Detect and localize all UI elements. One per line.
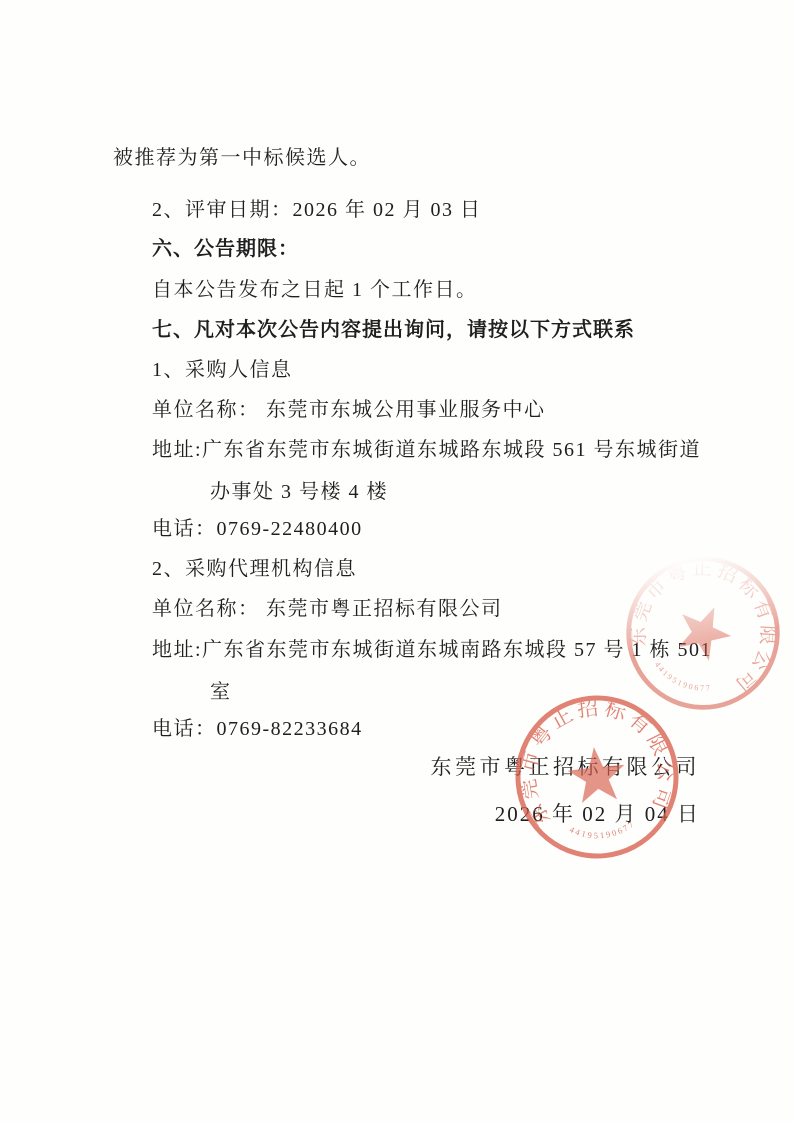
review-date-line: 2、评审日期：2026 年 02 月 03 日 [152,198,482,222]
signature-company-name: 东莞市粤正招标有限公司 [431,751,701,781]
svg-text:东莞市粤正招标有限公司: 东莞市粤正招标有限公司 [616,533,794,703]
section-heading-contact: 七、凡对本次公告内容提出询问，请按以下方式联系 [152,318,635,342]
purchaser-name-line: 单位名称： 东莞市东城公用事业服务中心 [152,398,546,422]
purchaser-address-continued: 办事处 3 号楼 4 楼 [210,480,388,504]
agency-address-continued: 室 [210,680,232,704]
purchaser-info-heading: 1、采购人信息 [152,358,293,382]
document-page: 被推荐为第一中标候选人。 2、评审日期：2026 年 02 月 03 日 六、公… [0,0,794,1123]
purchaser-phone-line: 电话：0769-22480400 [152,517,363,541]
announcement-period-line: 自本公告发布之日起 1 个工作日。 [152,278,478,302]
signature-block: 东莞市粤正招标有限公司 2026 年 02 月 04 日 [431,751,701,828]
paragraph-line: 被推荐为第一中标候选人。 [113,146,371,170]
purchaser-address-line: 地址:广东省东莞市东城街道东城路东城段 561 号东城街道 [152,438,701,462]
section-heading-announcement-period: 六、公告期限： [152,237,299,261]
seal-ring [605,535,794,731]
signature-date: 2026 年 02 月 04 日 [431,798,701,828]
agency-info-heading: 2、采购代理机构信息 [152,557,357,581]
seal-ring-text: 东莞市粤正招标有限公司 [616,533,794,703]
agency-phone-line: 电话：0769-82233684 [152,717,363,741]
seal-serial-number: 44195190677 [649,658,716,701]
svg-text:44195190677: 44195190677 [649,658,716,701]
agency-address-line: 地址:广东省东莞市东城街道东城南路东城段 57 号 1 栋 501 [152,638,712,662]
company-seal-stamp-partial: 东莞市粤正招标有限公司 44195190677 [597,527,794,738]
agency-name-line: 单位名称： 东莞市粤正招标有限公司 [152,597,503,621]
